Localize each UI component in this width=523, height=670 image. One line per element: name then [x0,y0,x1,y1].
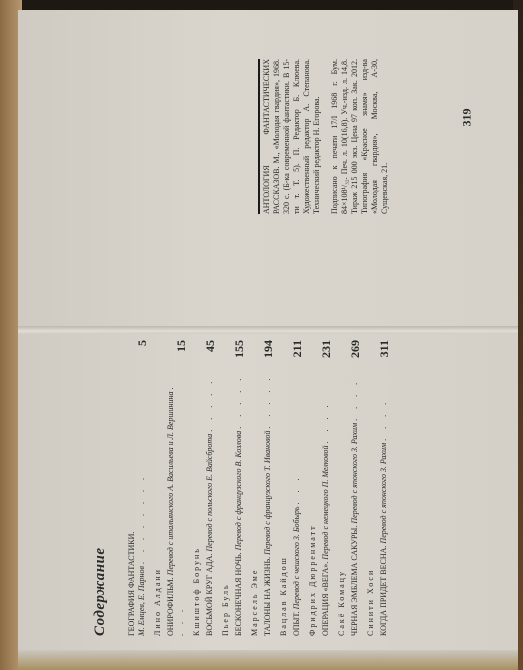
entry-title: ОПЫТ. [292,611,301,636]
toc-entry: ГЕОГРАФИЯ ФАНТАСТИКИ.М. Емцев, Е. Парнов… [127,340,147,636]
toc-entry: ОПЫТ. Перевод с чешского З. Бобырь . . .… [292,340,302,636]
entry-credit: Перевод с французского В. Козлова [234,431,243,551]
toc-entry: ЧЕРНАЯ ЭМБЛЕМА САКУРЫ. Перевод с японско… [350,340,360,636]
entry-page: 194 [263,340,273,374]
entry-author: Пьер Буль [221,340,230,636]
toc-entry: БЕСКОНЕЧНАЯ НОЧЬ. Перевод с французского… [234,340,244,636]
page-number: 319 [460,109,475,127]
entry-title: БЕСКОНЕЧНАЯ НОЧЬ. [234,552,243,636]
entry-page: 15 [176,340,186,374]
toc-entry: ОНИРОФИЛЬМ. Перевод с итальянского А. Ва… [166,340,186,636]
imprint-text: АНТОЛОГИЯ ФАНТАСТИЧЕСКИХ РАССКАЗОВ. М., … [262,59,322,214]
entry-credit: Перевод с немецкого П. Мелковой [321,445,330,559]
entry-author: Кшиштоф Борунь [192,340,201,636]
entry-credit: Перевод с итальянского А. Васильева и Л.… [166,392,175,576]
toc-entry: ТАЛОНЫ НА ЖИЗНЬ. Перевод с французского … [263,340,273,636]
imprint-print-info: Подписано к печати 17/I 1968 г. Бум. 84×… [330,59,390,214]
entry-credit: Перевод с чешского З. Бобырь [292,506,301,609]
toc-title: Содержание [92,340,109,636]
entry-title: ОПЕРАЦИЯ «ВЕГА». [321,562,330,636]
entry-author: Фридрих Дюрренматт [308,340,317,636]
entry-title: ТАЛОНЫ НА ЖИЗНЬ. [263,557,272,636]
entry-page: 269 [350,340,360,374]
entry-author: Синити Хоси [366,340,375,636]
entry-page: 5 [137,340,147,374]
entry-author: Сакё Комацу [337,340,346,636]
entry-title: КОГДА ПРИДЕТ ВЕСНА. [379,546,388,636]
entry-page: 231 [321,340,331,374]
entry-author: Лино Алдани [153,340,162,636]
toc-entry: ВОСЬМОЙ КРУГ АДА. Перевод с польского Е.… [205,340,215,636]
imprint-rule [258,59,260,214]
entry-title: ГЕОГРАФИЯ ФАНТАСТИКИ. [127,532,136,636]
toc-entry: ОПЕРАЦИЯ «ВЕГА». Перевод с немецкого П. … [321,340,331,636]
entry-credit: М. Емцев, Е. Парнов [137,566,146,636]
entry-credit: Перевод с японского З. Рахим [350,423,359,524]
entry-author: Марсель Эме [250,340,259,636]
imprint-block: АНТОЛОГИЯ ФАНТАСТИЧЕСКИХ РАССКАЗОВ. М., … [262,14,372,214]
entry-author: Вацлав Кайдош [279,340,288,636]
entry-page: 211 [292,340,302,374]
entry-title: ЧЕРНАЯ ЭМБЛЕМА САКУРЫ. [350,526,359,636]
toc-entry: КОГДА ПРИДЕТ ВЕСНА. Перевод с японского … [379,340,389,636]
entry-title: ВОСЬМОЙ КРУГ АДА. [205,554,214,636]
entry-page: 311 [379,340,389,374]
entry-credit: Перевод с польского Е. Вайсброта [205,434,214,552]
entry-credit: Перевод с японского З. Рахим [379,443,388,544]
entry-credit: Перевод с французского Т. Ивановой [263,431,272,555]
entry-title: ОНИРОФИЛЬМ. [166,577,175,636]
page-edge [18,650,518,670]
entry-page: 155 [234,340,244,374]
table-of-contents: Содержание ГЕОГРАФИЯ ФАНТАСТИКИ.М. Емцев… [92,340,412,650]
entry-page: 45 [205,340,215,374]
